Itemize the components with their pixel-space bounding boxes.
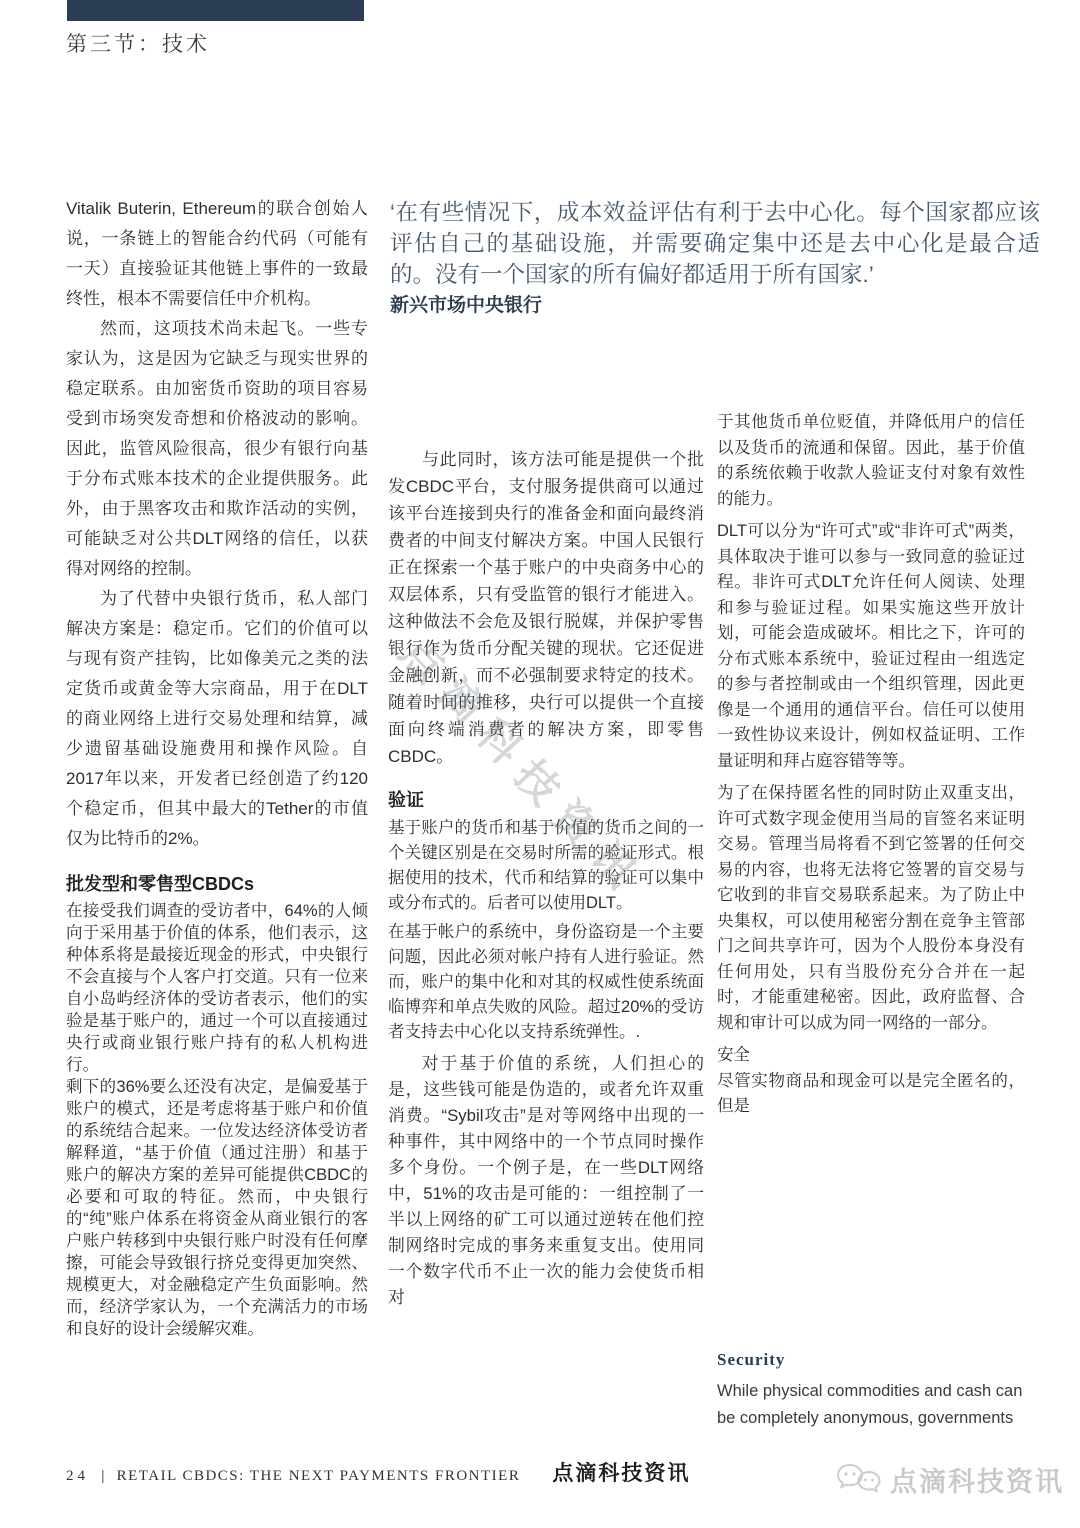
paragraph: 与此同时，该方法可能是提供一个批发CBDC平台，支付服务提供商可以通过该平台连接… xyxy=(388,446,704,770)
paragraph: 基于账户的货币和基于价值的货币之间的一个关键区别是在交易时所需的验证形式。根据使… xyxy=(388,816,704,916)
security-heading: Security xyxy=(717,1350,1025,1370)
report-title: RETAIL CBDCS: THE NEXT PAYMENTS FRONTIER xyxy=(117,1468,521,1485)
header-bar xyxy=(67,0,364,21)
brand-watermark: 点滴科技资讯 xyxy=(836,1460,1064,1499)
pull-quote: ‘在有些情况下，成本效益评估有利于去中心化。每个国家都应该评估自己的基础设施，并… xyxy=(390,197,1040,319)
paragraph: 为了在保持匿名性的同时防止双重支出，许可式数字现金使用当局的盲签名来证明交易。管… xyxy=(717,781,1025,1036)
brand-name: 点滴科技资讯 xyxy=(552,1457,690,1487)
paragraph: 在基于帐户的系统中，身份盗窃是一个主要问题，因此必须对帐户持有人进行验证。然而，… xyxy=(388,920,704,1045)
paragraph: DLT可以分为“许可式”或“非许可式”两类，具体取决于谁可以参与一致同意的验证过… xyxy=(717,519,1025,774)
paragraph: 尽管实物商品和现金可以是完全匿名的，但是 xyxy=(717,1069,1025,1120)
paragraph: 然而，这项技术尚未起飞。一些专家认为，这是因为它缺乏与现实世界的稳定联系。由加密… xyxy=(66,314,368,584)
paragraph: 对于基于价值的系统，人们担心的是，这些钱可能是伪造的，或者允许双重消费。“Syb… xyxy=(388,1051,704,1311)
section-title: 第三节：技术 xyxy=(66,28,210,58)
column-right: 于其他货币单位贬值，并降低用户的信任以及货币的流通和保留。因此，基于价值的系统依… xyxy=(717,410,1025,1127)
subsection-heading-security-cn: 安全 xyxy=(717,1043,1025,1069)
subsection-heading-verification: 验证 xyxy=(388,786,704,812)
paragraph: 为了代替中央银行货币，私人部门解决方案是：稳定币。它们的价值可以与现有资产挂钩，… xyxy=(66,584,368,854)
security-section: Security While physical commodities and … xyxy=(717,1350,1025,1432)
footer-separator: | xyxy=(101,1467,105,1483)
page-footer: 24 | RETAIL CBDCS: THE NEXT PAYMENTS FRO… xyxy=(66,1457,690,1487)
security-text: While physical commodities and cash can … xyxy=(717,1378,1025,1432)
paragraph: 于其他货币单位贬值，并降低用户的信任以及货币的流通和保留。因此，基于价值的系统依… xyxy=(717,410,1025,512)
pull-quote-attribution: 新兴市场中央银行 xyxy=(390,293,1040,319)
chat-bubbles-icon xyxy=(836,1462,884,1498)
column-middle: 与此同时，该方法可能是提供一个批发CBDC平台，支付服务提供商可以通过该平台连接… xyxy=(388,446,704,1311)
subsection-heading-wholesale-retail-cbdcs: 批发型和零售型CBDCs xyxy=(66,870,368,896)
pull-quote-text: ‘在有些情况下，成本效益评估有利于去中心化。每个国家都应该评估自己的基础设施，并… xyxy=(390,197,1040,290)
paragraph: 剩下的36%要么还没有决定，是偏爱基于账户的模式，还是考虑将基于账户和价值的系统… xyxy=(66,1076,368,1340)
brand-watermark-text: 点滴科技资讯 xyxy=(890,1460,1064,1499)
page-number: 24 xyxy=(66,1468,89,1485)
column-left: Vitalik Buterin, Ethereum的联合创始人说，一条链上的智能… xyxy=(66,194,368,1340)
paragraph: 在接受我们调查的受访者中，64%的人倾向于采用基于价值的体系，他们表示，这种体系… xyxy=(66,900,368,1076)
document-page: 第三节：技术 ‘在有些情况下，成本效益评估有利于去中心化。每个国家都应该评估自己… xyxy=(0,0,1080,1528)
paragraph: Vitalik Buterin, Ethereum的联合创始人说，一条链上的智能… xyxy=(66,194,368,314)
